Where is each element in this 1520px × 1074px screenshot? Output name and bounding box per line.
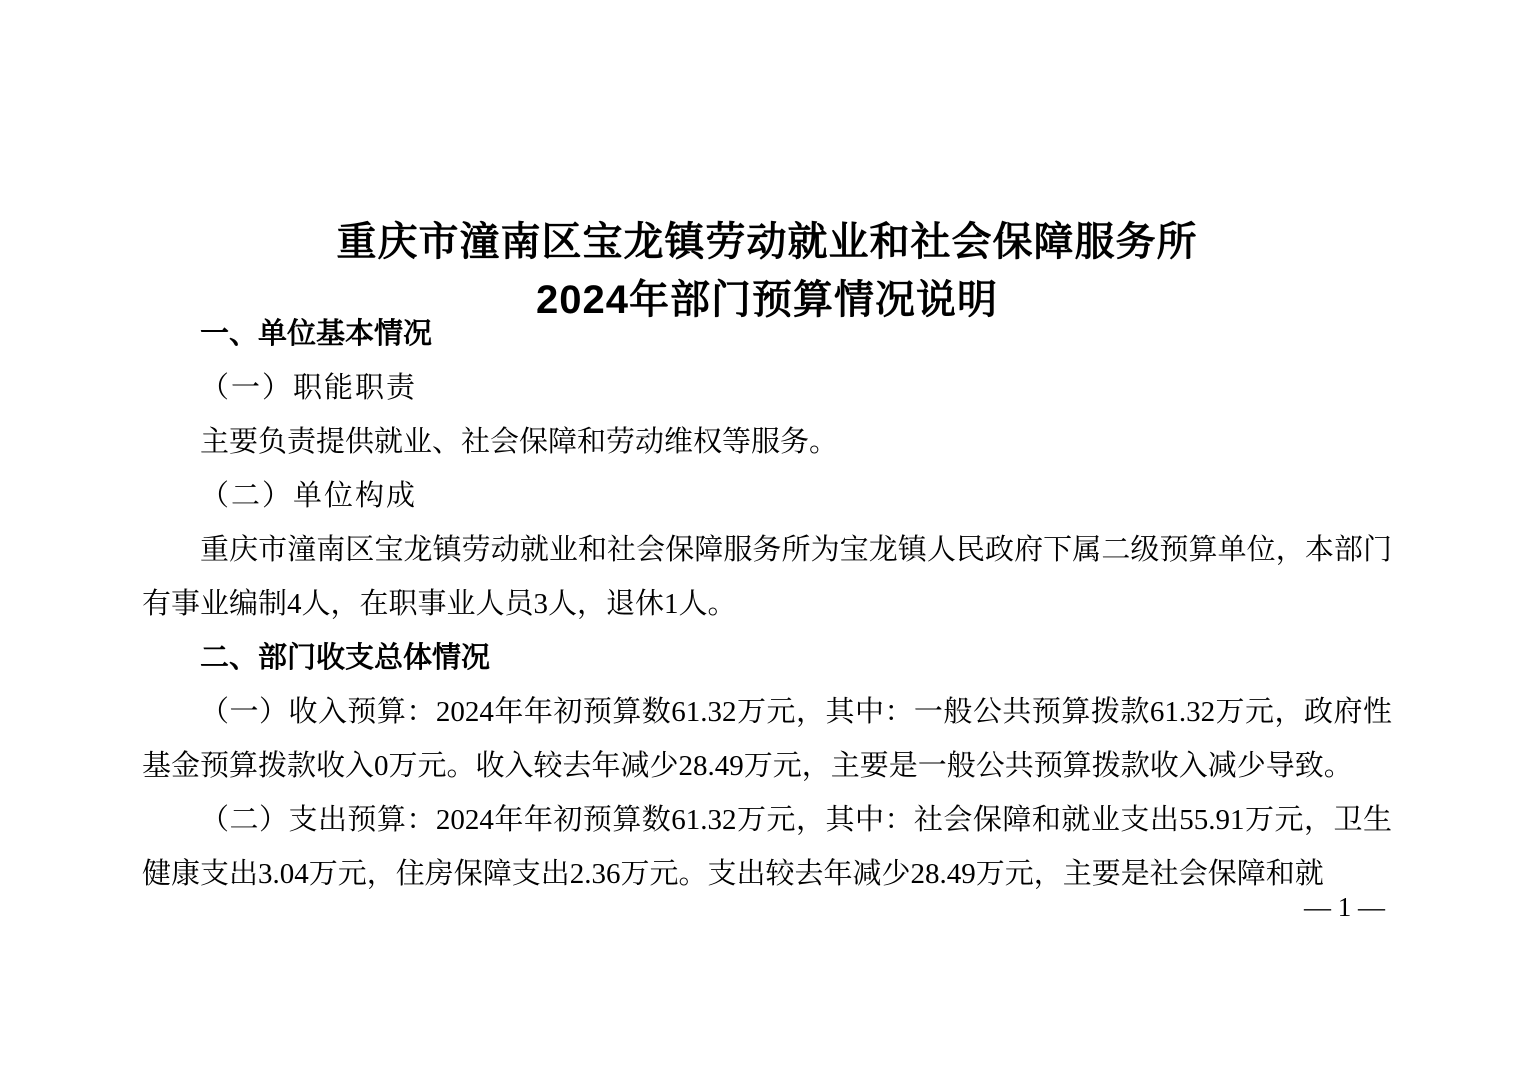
sub-heading-unit-composition: （二）单位构成: [142, 469, 1392, 523]
document-page: 重庆市潼南区宝龙镇劳动就业和社会保障服务所 2024年部门预算情况说明 一、单位…: [0, 0, 1520, 1074]
paragraph-expenditure-budget: （二）支出预算：2024年年初预算数61.32万元，其中：社会保障和就业支出55…: [142, 793, 1392, 901]
title-line-1: 重庆市潼南区宝龙镇劳动就业和社会保障服务所: [142, 213, 1392, 271]
document-viewport: { "page": { "background_color": "#ffffff…: [0, 0, 1520, 1074]
paragraph-unit-composition: 重庆市潼南区宝龙镇劳动就业和社会保障服务所为宝龙镇人民政府下属二级预算单位，本部…: [142, 523, 1392, 631]
page-number: — 1 —: [1304, 892, 1385, 922]
paragraph-functions-duties: 主要负责提供就业、社会保障和劳动维权等服务。: [142, 415, 1392, 469]
section-heading-revenue-expenditure-overview: 二、部门收支总体情况: [142, 631, 1392, 685]
sub-heading-functions-duties: （一）职能职责: [142, 361, 1392, 415]
document-body: 一、单位基本情况 （一）职能职责 主要负责提供就业、社会保障和劳动维权等服务。 …: [142, 307, 1392, 901]
section-heading-unit-basic-info: 一、单位基本情况: [142, 307, 1392, 361]
paragraph-income-budget: （一）收入预算：2024年年初预算数61.32万元，其中：一般公共预算拨款61.…: [142, 685, 1392, 793]
